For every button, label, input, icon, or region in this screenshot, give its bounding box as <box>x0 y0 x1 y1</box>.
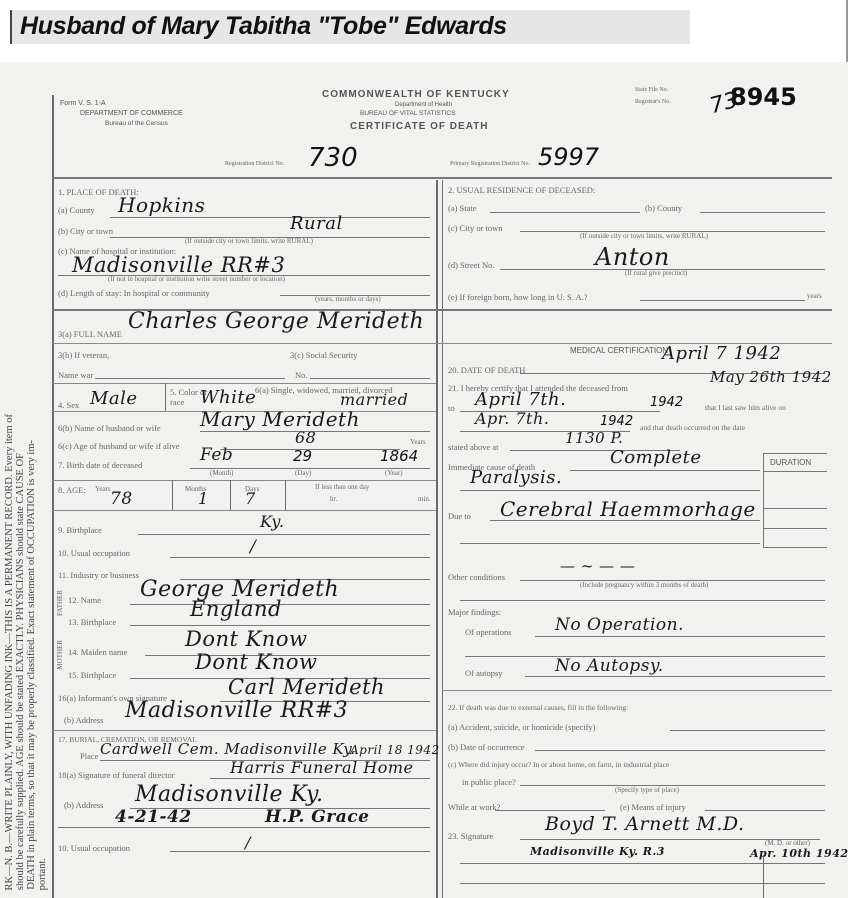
sex-divider <box>165 383 166 411</box>
birthplace-line <box>138 534 430 535</box>
county-line <box>110 217 430 218</box>
birth-day: 29 <box>293 447 312 465</box>
operations-line <box>535 636 825 637</box>
reg-district-label: Registration District No. <box>225 161 284 167</box>
ss-label: 3(c) Social Security <box>290 350 358 360</box>
to-year: 1942 <box>650 395 683 410</box>
form-number: Form V. S. 1-A <box>60 100 106 107</box>
spouse-value: Mary Merideth <box>200 407 360 431</box>
spouse-age-label: 6(c) Age of husband or wife if alive <box>58 441 180 451</box>
sex-value: Male <box>90 388 138 409</box>
means-line <box>705 810 825 811</box>
commonwealth-title: COMMONWEALTH OF KENTUCKY <box>322 89 510 100</box>
industry-label: 11. Industry or business <box>58 570 139 580</box>
registrar-number: 73 <box>707 88 741 119</box>
time-value: 1130 P. <box>565 429 623 447</box>
date-death-value: April 7 1942 <box>662 343 781 364</box>
signature-line-3 <box>460 883 825 884</box>
age-label: 8. AGE: <box>58 485 86 495</box>
father-birth-value: England <box>190 597 282 621</box>
birth-rule <box>52 480 436 481</box>
burial-place-value: Cardwell Cem. Madisonville Ky. <box>100 740 355 758</box>
street-label: (d) Street No. <box>448 260 495 270</box>
cause-value-1: Complete <box>610 447 702 468</box>
residence-label: 2. USUAL RESIDENCE OF DECEASED: <box>448 185 595 195</box>
mother-birth-label: 15. Birthplace <box>68 670 116 680</box>
age-months: 1 <box>198 489 209 508</box>
occupation2-line <box>170 851 430 852</box>
city-value: Rural <box>290 213 343 234</box>
county-label: (a) County <box>58 205 95 215</box>
age-years-label: Years <box>95 485 111 493</box>
while-work-label: While at work? <box>448 802 500 812</box>
operations-value: No Operation. <box>555 615 684 635</box>
war-label: Name war <box>58 370 93 380</box>
other-line-2 <box>460 600 825 601</box>
md-note: (M. D. or other) <box>765 839 810 847</box>
margin-line-4: portant. <box>37 858 49 890</box>
foreign-unit: years <box>807 292 822 300</box>
age-div-3 <box>285 480 286 510</box>
director-addr-value: Madisonville Ky. <box>135 782 324 807</box>
external-label: 22. If death was due to external causes,… <box>448 703 628 712</box>
occupation-value: / <box>250 537 256 557</box>
autopsy-rule <box>442 690 832 691</box>
director-value: Harris Funeral Home <box>230 758 414 777</box>
year-label: (Year) <box>385 469 403 477</box>
burial-date-value: April 18 1942 <box>350 743 440 757</box>
informant-addr-value: Madisonville RR#3 <box>125 698 348 723</box>
age-years: 78 <box>110 489 133 509</box>
signature-line-2 <box>460 863 825 864</box>
last-saw-year: 1942 <box>600 414 633 429</box>
occupation2-label: 10. Usual occupation <box>58 843 130 853</box>
mother-name-value: Dont Know <box>185 627 307 651</box>
center-divider <box>436 180 438 898</box>
occupation-line <box>170 557 430 558</box>
autopsy-value: No Autopsy. <box>555 656 664 676</box>
due-to-value: Cerebral Haemmorhage <box>500 497 756 521</box>
war-line <box>95 378 285 379</box>
caption-banner: Husband of Mary Tabitha "Tobe" Edwards <box>10 10 690 44</box>
medical-cert-title: MEDICAL CERTIFICATION <box>570 346 668 355</box>
res-state-label: (a) State <box>448 203 477 213</box>
director-line <box>210 778 430 779</box>
duration-box <box>763 453 827 548</box>
burial-place-label: Place <box>80 751 98 761</box>
state-file-label: State File No. <box>635 87 668 93</box>
mother-name-label: 14. Maiden name <box>68 647 127 657</box>
age-days: 7 <box>245 489 256 508</box>
certificate-form: Form V. S. 1-A DEPARTMENT OF COMMERCE Bu… <box>50 85 840 898</box>
accident-line <box>670 730 825 731</box>
primary-reg-label: Primary Registration District No. <box>450 161 530 167</box>
spouse-label: 6(b) Name of husband or wife <box>58 423 161 433</box>
public-label: in public place? <box>462 777 516 787</box>
birthplace-value: Ky. <box>260 512 284 531</box>
veteran-label: 3(b) If veteran, <box>58 350 109 360</box>
cause-value-2: Paralysis. <box>470 467 562 488</box>
to-value: April 7th. <box>475 389 566 410</box>
due-to-line <box>490 520 760 521</box>
county-value: Hopkins <box>118 193 205 217</box>
city-note: (If outside city or town limits, write R… <box>185 237 313 245</box>
bottom-right-div <box>763 855 764 898</box>
birthplace-label: 9. Birthplace <box>58 525 102 535</box>
age-div-2 <box>230 480 231 510</box>
age-hr-label: hr. <box>330 495 337 503</box>
margin-line-3: DEATH in plain terms, so that it may be … <box>26 440 38 890</box>
occupation-label: 10. Usual occupation <box>58 548 130 558</box>
month-label: (Month) <box>210 469 233 477</box>
certify-from: May 26th 1942 <box>710 368 832 386</box>
hospital-value: Madisonville RR#3 <box>72 253 285 277</box>
duration-rule-1 <box>763 471 827 472</box>
res-county-label: (b) County <box>645 203 682 213</box>
means-label: (e) Means of injury <box>620 802 686 812</box>
signature-date: Apr. 10th 1942 <box>750 847 849 860</box>
certificate-title: CERTIFICATE OF DEATH <box>350 121 489 132</box>
dept-health: Department of Health <box>395 102 452 108</box>
age-rule <box>52 510 436 511</box>
color-value: White <box>200 387 256 408</box>
informant-value: Carl Merideth <box>228 675 385 699</box>
autopsy-line <box>525 676 825 677</box>
mother-label: MOTHER <box>56 640 64 670</box>
spouse-age-value: 68 <box>295 428 316 447</box>
duration-rule-3 <box>763 528 827 529</box>
findings-label: Major findings: <box>448 607 501 617</box>
bureau-vital: BUREAU OF VITAL STATISTICS <box>360 110 455 117</box>
due-to-label: Due to <box>448 511 471 521</box>
date-occurrence-line <box>535 750 825 751</box>
mother-birth-value: Dont Know <box>195 650 317 674</box>
foreign-line <box>640 300 805 301</box>
cause-line-2 <box>460 490 760 491</box>
left-border <box>52 95 54 898</box>
signature-address: Madisonville Ky. R.3 <box>530 845 665 858</box>
father-name-label: 12. Name <box>68 595 101 605</box>
reg-district-number: 730 <box>308 143 358 173</box>
duration-label: DURATION <box>770 458 811 467</box>
header-rule <box>52 177 832 179</box>
to-label: to <box>448 403 455 413</box>
stated-label: stated above at <box>448 442 499 452</box>
ss-line <box>310 378 430 379</box>
age-min-label: min. <box>418 495 431 503</box>
informant-rule <box>52 730 436 731</box>
last-saw-value: Apr. 7th. <box>475 409 549 428</box>
other-note: (Include pregnancy within 3 months of de… <box>580 581 708 589</box>
dept-commerce: DEPARTMENT OF COMMERCE <box>80 110 183 117</box>
operations-label: Of operations <box>465 627 512 637</box>
res-county-line <box>700 212 825 213</box>
signature-value: Boyd T. Arnett M.D. <box>545 813 744 835</box>
city-label: (b) City or town <box>58 226 113 236</box>
res-state-line <box>490 212 640 213</box>
filed-line <box>58 827 430 828</box>
occupation2-value: / <box>245 833 251 852</box>
registrar-signature: H.P. Grace <box>265 807 369 827</box>
father-birth-line <box>130 625 430 626</box>
sex-label: 4. Sex <box>58 400 79 410</box>
age-less-label: If less than one day <box>315 483 369 491</box>
father-label: FATHER <box>56 590 64 616</box>
director-addr-label: (b) Address <box>64 800 103 810</box>
autopsy-label: Of autopsy <box>465 668 503 678</box>
years-label: Years <box>410 438 426 446</box>
due-to-line-2 <box>460 543 760 544</box>
birth-date-label: 7. Birth date of deceased <box>58 460 142 470</box>
primary-reg-number: 5997 <box>538 143 599 171</box>
margin-instructions: RK—N. B.—WRITE PLAINLY, WITH UNFADING IN… <box>4 80 44 890</box>
foreign-label: (e) If foreign born, how long in U. S. A… <box>448 292 588 302</box>
center-divider-2 <box>442 180 443 898</box>
birth-year: 1864 <box>380 447 418 465</box>
date-occurrence-label: (b) Date of occurrence <box>448 742 525 752</box>
signature-label: 23. Signature <box>448 831 493 841</box>
day-label: (Day) <box>295 469 311 477</box>
street-value: Anton <box>595 243 670 271</box>
specify-note: (Specify type of place) <box>615 786 679 794</box>
age-div-1 <box>172 480 173 510</box>
other-value: — ~ — — <box>560 557 635 575</box>
saw-label: that I last saw him alive on <box>705 403 786 412</box>
bureau-census: Bureau of the Census <box>105 120 168 127</box>
while-work-line <box>495 810 605 811</box>
duration-rule-2 <box>763 508 827 509</box>
res-city-note: (If outside city or town limits, write R… <box>580 232 708 240</box>
father-birth-label: 13. Birthplace <box>68 617 116 627</box>
full-name-label: 3(a) FULL NAME <box>58 329 122 339</box>
caption-title: Husband of Mary Tabitha "Tobe" Edwards <box>20 12 507 41</box>
stay-note: (years, months or days) <box>315 295 381 303</box>
state-file-number: 8945 <box>730 83 797 111</box>
occurred-label: and that death occurred on the date <box>640 423 745 432</box>
director-label: 18(a) Signature of funeral director <box>58 770 175 780</box>
filed-date: 4-21-42 <box>115 807 192 827</box>
registrar-no-label: Registrar's No. <box>635 99 671 105</box>
full-name-value: Charles George Merideth <box>128 309 424 334</box>
date-death-label: 20. DATE OF DEATH <box>448 365 525 375</box>
street-note: (If rural give precinct) <box>625 269 687 277</box>
other-label: Other conditions <box>448 572 505 582</box>
accident-label: (a) Accident, suicide, or homicide (spec… <box>448 722 596 732</box>
cause-line <box>570 470 760 471</box>
ss-no-label: No. <box>295 370 308 380</box>
veteran-rule <box>52 383 436 384</box>
where-label: (c) Where did injury occur? In or about … <box>448 760 669 769</box>
birth-month: Feb <box>200 445 233 465</box>
res-city-label: (c) City or town <box>448 223 503 233</box>
stay-label: (d) Length of stay: In hospital or commu… <box>58 288 210 298</box>
hospital-note: (If not in hospital or institution write… <box>108 275 285 283</box>
informant-addr-label: (b) Address <box>64 715 103 725</box>
